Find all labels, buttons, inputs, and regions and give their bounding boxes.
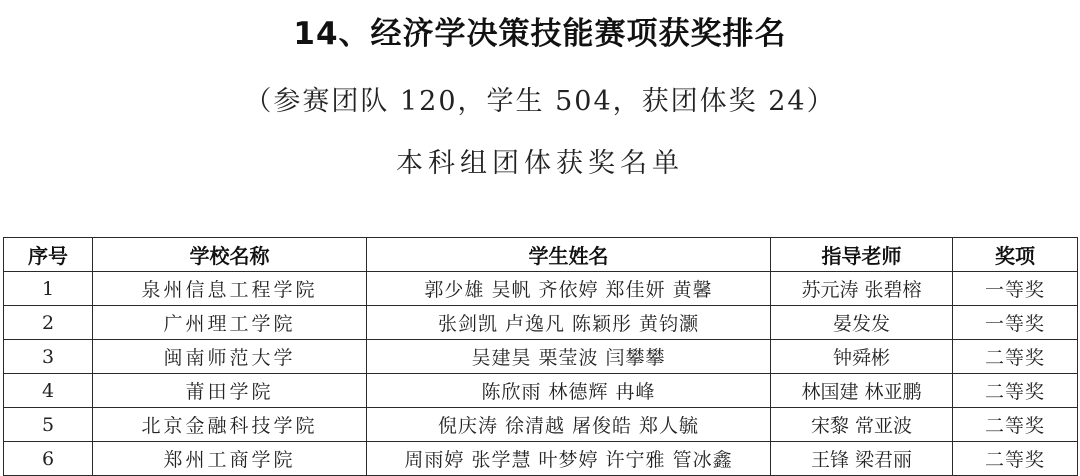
row-index: 5 [4, 408, 93, 442]
header-school: 学校名称 [93, 238, 367, 272]
header-students: 学生姓名 [367, 238, 771, 272]
row-index: 4 [4, 374, 93, 408]
row-school: 北京金融科技学院 [93, 408, 367, 442]
row-students: 郭少雄 吴帆 齐依婷 郑佳妍 黄馨 [367, 272, 771, 306]
row-advisors: 晏发发 [771, 306, 953, 340]
table-row: 5 北京金融科技学院 倪庆涛 徐清越 屠俊皓 郑人毓 宋黎 常亚波 二等奖 [4, 408, 1078, 442]
row-award: 二等奖 [953, 374, 1078, 408]
table-row: 6 郑州工商学院 周雨婷 张学慧 叶梦婷 许宁雅 管冰鑫 王锋 梁君丽 二等奖 [4, 442, 1078, 476]
row-students: 倪庆涛 徐清越 屠俊皓 郑人毓 [367, 408, 771, 442]
awards-table: 序号 学校名称 学生姓名 指导老师 奖项 1 泉州信息工程学院 郭少雄 吴帆 齐… [3, 237, 1078, 476]
row-school: 泉州信息工程学院 [93, 272, 367, 306]
row-advisors: 宋黎 常亚波 [771, 408, 953, 442]
header-award: 奖项 [953, 238, 1078, 272]
row-advisors: 王锋 梁君丽 [771, 442, 953, 476]
table-row: 3 闽南师范大学 吴建昊 栗莹波 闫攀攀 钟舜彬 二等奖 [4, 340, 1078, 374]
table-row: 2 广州理工学院 张剑凯 卢逸凡 陈颖彤 黄钧灏 晏发发 一等奖 [4, 306, 1078, 340]
header-advisors: 指导老师 [771, 238, 953, 272]
row-award: 一等奖 [953, 306, 1078, 340]
row-award: 二等奖 [953, 442, 1078, 476]
row-index: 1 [4, 272, 93, 306]
participation-summary: （参赛团队 120，学生 504，获团体奖 24） [0, 84, 1080, 120]
document-title: 14、经济学决策技能赛项获奖排名 [0, 14, 1080, 54]
row-advisors: 苏元涛 张碧榕 [771, 272, 953, 306]
section-title: 本科组团体获奖名单 [0, 146, 1080, 182]
table-row: 4 莆田学院 陈欣雨 林德辉 冉峰 林国建 林亚鹏 二等奖 [4, 374, 1078, 408]
row-advisors: 林国建 林亚鹏 [771, 374, 953, 408]
table-row: 1 泉州信息工程学院 郭少雄 吴帆 齐依婷 郑佳妍 黄馨 苏元涛 张碧榕 一等奖 [4, 272, 1078, 306]
row-award: 二等奖 [953, 340, 1078, 374]
row-award: 一等奖 [953, 272, 1078, 306]
row-index: 2 [4, 306, 93, 340]
row-advisors: 钟舜彬 [771, 340, 953, 374]
header-index: 序号 [4, 238, 93, 272]
table-header-row: 序号 学校名称 学生姓名 指导老师 奖项 [4, 238, 1078, 272]
row-school: 闽南师范大学 [93, 340, 367, 374]
row-school: 郑州工商学院 [93, 442, 367, 476]
row-students: 周雨婷 张学慧 叶梦婷 许宁雅 管冰鑫 [367, 442, 771, 476]
row-students: 张剑凯 卢逸凡 陈颖彤 黄钧灏 [367, 306, 771, 340]
row-school: 莆田学院 [93, 374, 367, 408]
row-index: 3 [4, 340, 93, 374]
row-students: 陈欣雨 林德辉 冉峰 [367, 374, 771, 408]
row-school: 广州理工学院 [93, 306, 367, 340]
row-students: 吴建昊 栗莹波 闫攀攀 [367, 340, 771, 374]
row-index: 6 [4, 442, 93, 476]
row-award: 二等奖 [953, 408, 1078, 442]
